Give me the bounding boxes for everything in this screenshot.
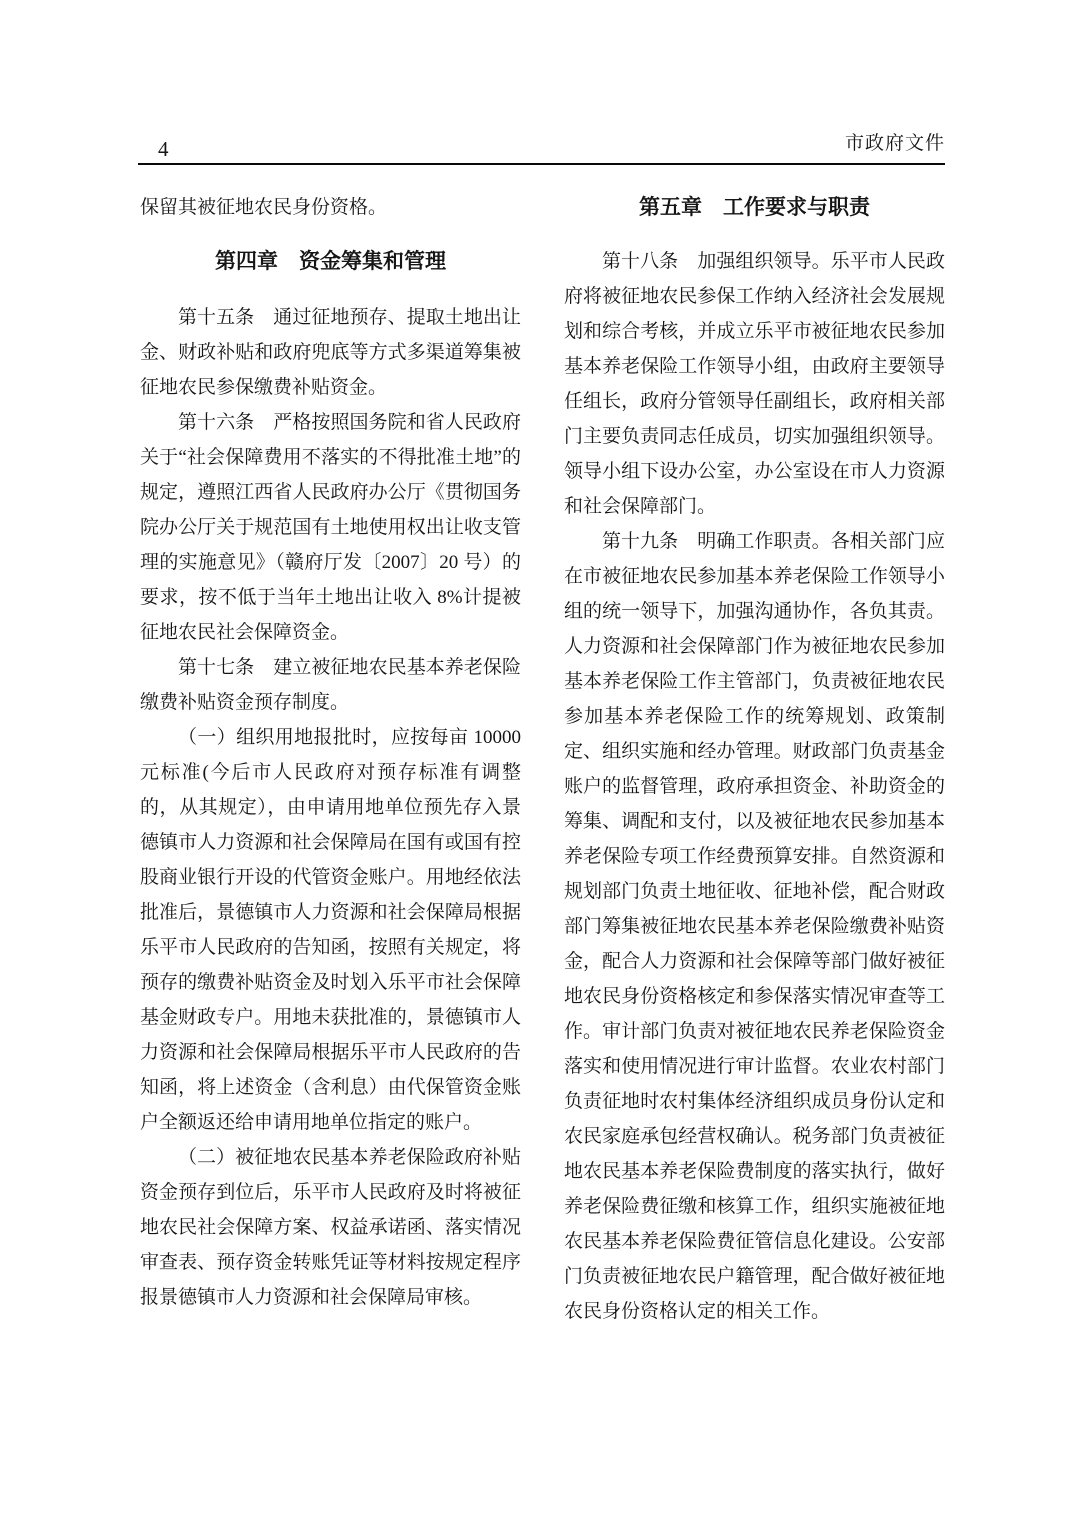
article-17-number: 第十七条 — [178, 657, 273, 678]
article-16-text: 严格按照国务院和省人民政府关于“社会保障费用不落实的不得批准土地”的规定，遵照江… — [140, 412, 521, 643]
article-15-paragraph: 第十五条 通过征地预存、提取土地出让金、财政补贴和政府兜底等方式多渠道筹集被征地… — [140, 300, 521, 405]
page-number: 4 — [158, 136, 169, 162]
article-18-number: 第十八条 — [602, 251, 697, 272]
article-15-number: 第十五条 — [178, 307, 273, 328]
header-doc-type-label: 市政府文件 — [845, 131, 945, 157]
item-1-number: （一） — [178, 727, 236, 748]
article-17-paragraph: 第十七条 建立被征地农民基本养老保险缴费补贴资金预存制度。 — [140, 650, 521, 720]
chapter-4-heading: 第四章 资金筹集和管理 — [140, 244, 521, 279]
article-19-text: 明确工作职责。各相关部门应在市被征地农民参加基本养老保险工作领导小组的统一领导下… — [564, 531, 945, 1322]
item-2-text: 被征地农民基本养老保险政府补贴资金预存到位后，乐平市人民政府及时将被征地农民社会… — [140, 1147, 521, 1308]
header-rule — [138, 163, 945, 165]
article-19-number: 第十九条 — [602, 531, 697, 552]
item-2-number: （二） — [178, 1147, 235, 1168]
article-16-paragraph: 第十六条 严格按照国务院和省人民政府关于“社会保障费用不落实的不得批准土地”的规… — [140, 405, 521, 650]
article-18-text: 加强组织领导。乐平市人民政府将被征地农民参保工作纳入经济社会发展规划和综合考核，… — [564, 251, 945, 517]
item-1-text: 组织用地报批时，应按每亩 10000 元标准(今后市人民政府对预存标准有调整的，… — [140, 727, 521, 1133]
article-16-number: 第十六条 — [178, 412, 273, 433]
item-2-paragraph: （二）被征地农民基本养老保险政府补贴资金预存到位后，乐平市人民政府及时将被征地农… — [140, 1140, 521, 1315]
left-column: 保留其被征地农民身份资格。 第四章 资金筹集和管理 第十五条 通过征地预存、提取… — [140, 190, 521, 1315]
item-1-paragraph: （一）组织用地报批时，应按每亩 10000 元标准(今后市人民政府对预存标准有调… — [140, 720, 521, 1140]
article-18-paragraph: 第十八条 加强组织领导。乐平市人民政府将被征地农民参保工作纳入经济社会发展规划和… — [564, 244, 945, 524]
continuation-paragraph: 保留其被征地农民身份资格。 — [140, 190, 521, 225]
article-19-paragraph: 第十九条 明确工作职责。各相关部门应在市被征地农民参加基本养老保险工作领导小组的… — [564, 524, 945, 1329]
right-column: 第五章 工作要求与职责 第十八条 加强组织领导。乐平市人民政府将被征地农民参保工… — [564, 190, 945, 1329]
chapter-5-heading: 第五章 工作要求与职责 — [564, 190, 945, 225]
